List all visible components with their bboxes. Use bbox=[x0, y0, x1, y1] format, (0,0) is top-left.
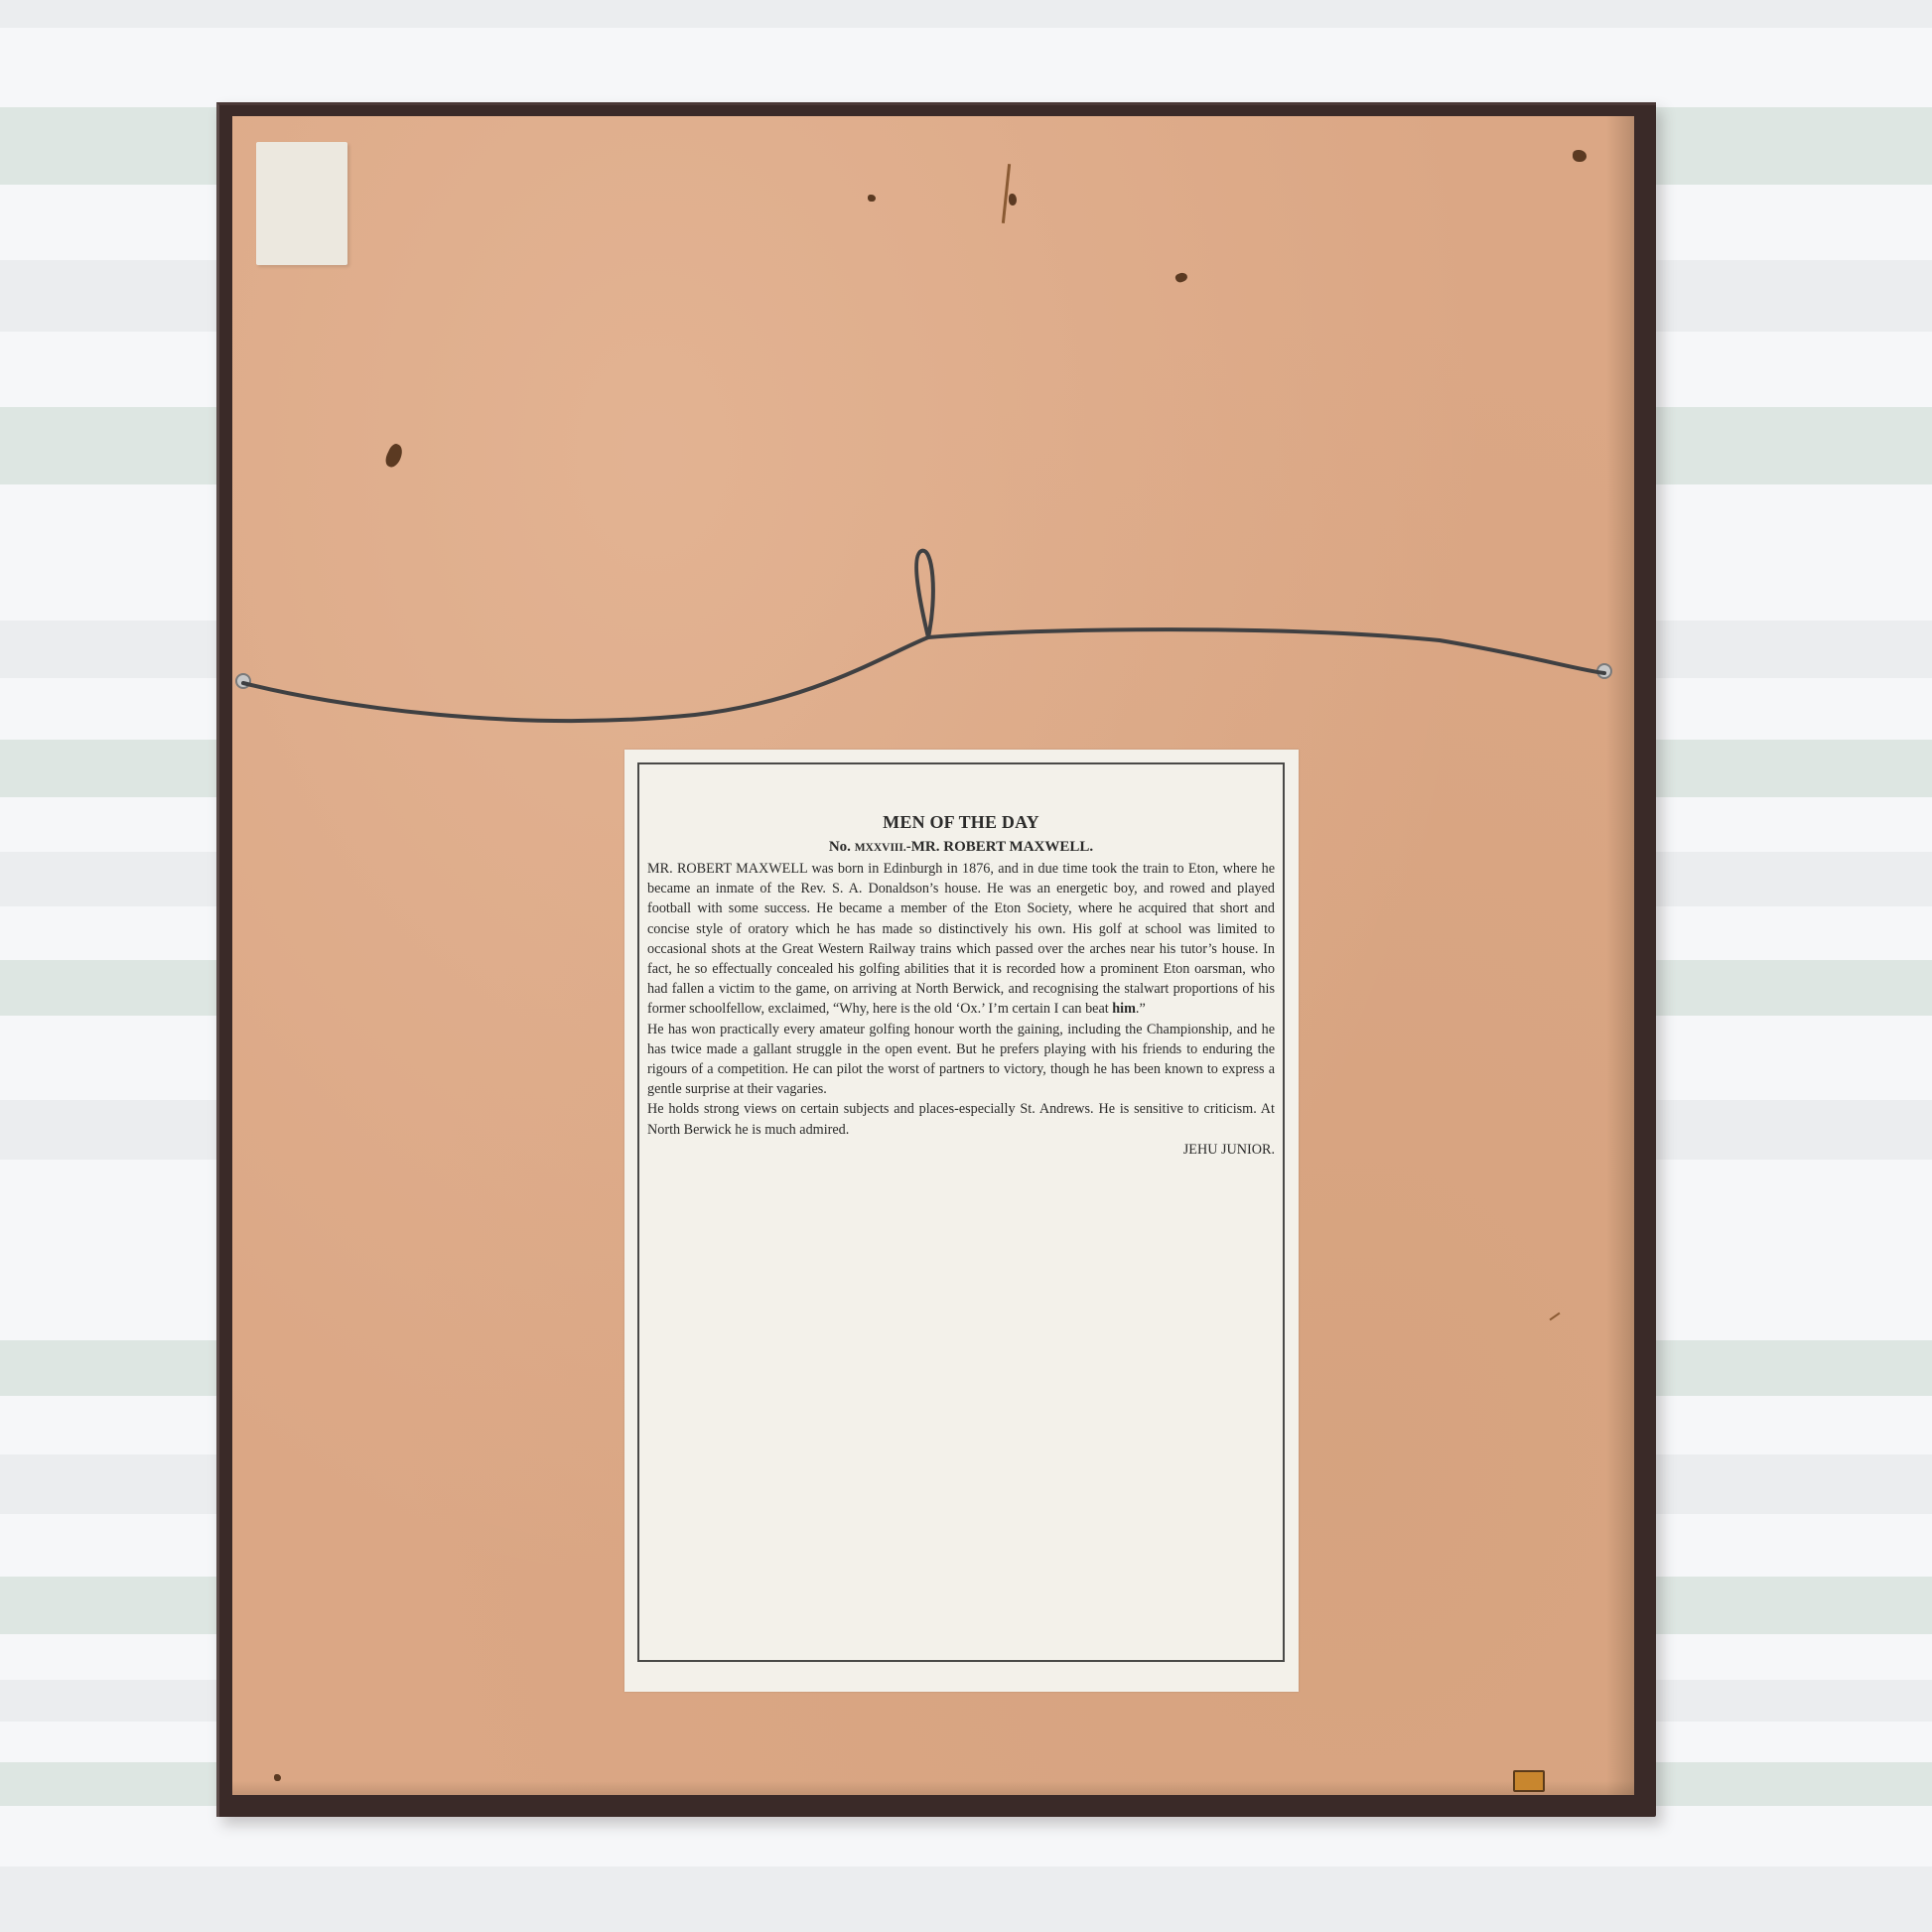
puncture-hole bbox=[383, 442, 406, 470]
label-title: MEN OF THE DAY bbox=[647, 812, 1275, 833]
puncture-hole bbox=[1174, 271, 1188, 284]
biography-label: MEN OF THE DAY No. MXXVIII.-MR. ROBERT M… bbox=[624, 750, 1299, 1692]
paragraph-3: He holds strong views on certain subject… bbox=[647, 1099, 1275, 1139]
subtitle-name: -MR. ROBERT MAXWELL. bbox=[906, 839, 1093, 855]
paragraph-1-text: MR. ROBERT MAXWELL was born in Edinburgh… bbox=[647, 861, 1275, 1017]
paragraph-1-emphasis: him bbox=[1112, 1001, 1136, 1017]
board-shadow-right bbox=[1606, 116, 1634, 1795]
signature: JEHU JUNIOR. bbox=[647, 1140, 1275, 1160]
tape-patch bbox=[256, 142, 347, 265]
puncture-hole bbox=[274, 1774, 281, 1781]
label-text-block: MEN OF THE DAY No. MXXVIII.-MR. ROBERT M… bbox=[647, 812, 1275, 1160]
paragraph-1-end: .” bbox=[1136, 1001, 1146, 1017]
label-subtitle: No. MXXVIII.-MR. ROBERT MAXWELL. bbox=[647, 839, 1275, 856]
puncture-hole bbox=[1009, 194, 1017, 206]
puncture-hole bbox=[868, 195, 876, 202]
frame-corner-clip bbox=[1513, 1770, 1545, 1792]
board-shadow-bottom bbox=[232, 1781, 1634, 1795]
subtitle-prefix: No. bbox=[829, 839, 855, 855]
puncture-hole bbox=[1573, 150, 1587, 162]
subtitle-number: MXXVIII. bbox=[855, 842, 906, 854]
wall-stripe bbox=[0, 0, 1932, 28]
wall-stripe bbox=[0, 1866, 1932, 1932]
paragraph-2: He has won practically every amateur gol… bbox=[647, 1020, 1275, 1100]
board-tear bbox=[1550, 1312, 1561, 1321]
paragraph-1: MR. ROBERT MAXWELL was born in Edinburgh… bbox=[647, 859, 1275, 1020]
